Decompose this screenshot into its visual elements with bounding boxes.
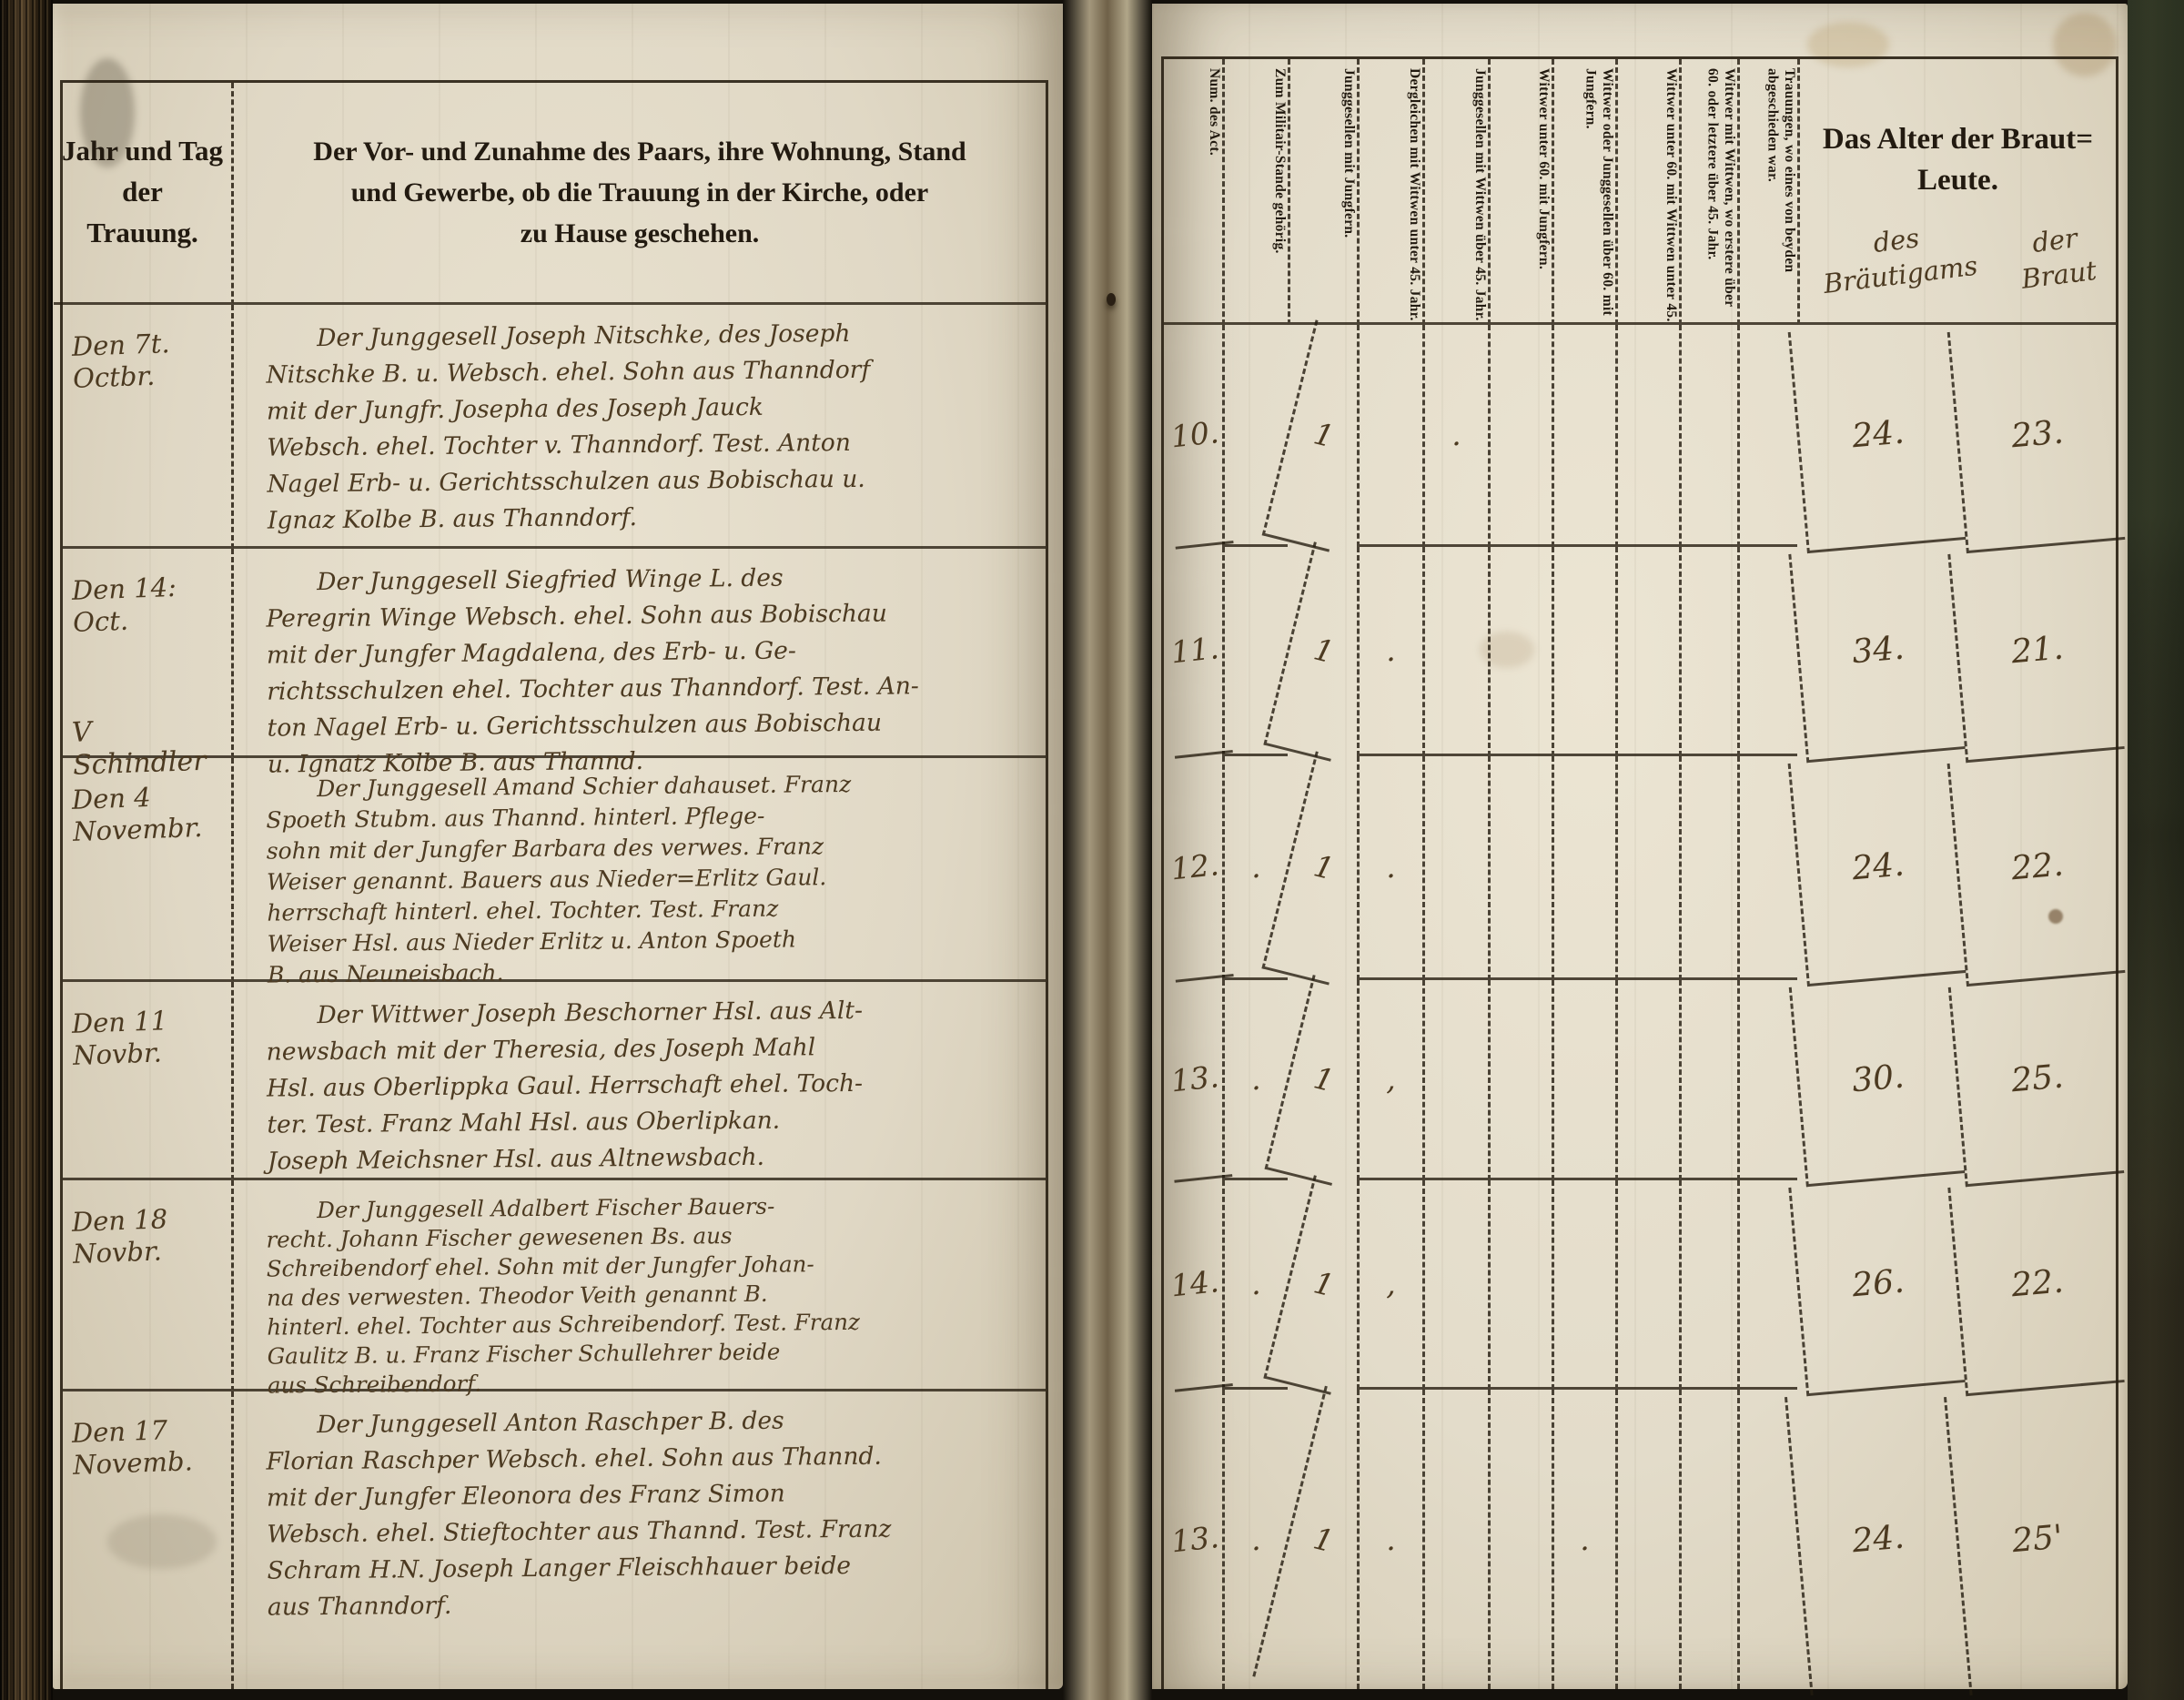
groom-age: 24. [1788, 750, 1967, 987]
tally-cell [1422, 547, 1488, 756]
groom-age: 24. [1788, 319, 1967, 553]
tally-cell [1615, 1390, 1679, 1689]
book-cover-right [2128, 0, 2184, 1700]
groom-age: 34. [1788, 541, 1965, 763]
tally-cell [1679, 1390, 1737, 1689]
header-line: Der Vor- und Zunahme des Paars, ihre Woh… [313, 131, 966, 172]
tally-cell: , [1357, 980, 1422, 1180]
tally-cell [1737, 980, 1797, 1180]
column-header-wittwer-o60-jungfern: Wittwer oder Junggesellen über 60. mit J… [1552, 59, 1615, 325]
column-header-wittwer-u60-wittwen-u45: Wittwer unter 60. mit Wittwen unter 45. [1615, 59, 1679, 325]
column-header-wittwer-wittwen-alt: Wittwer mit Wittwen, wo erstere über 60.… [1679, 59, 1737, 325]
bride-age: 25' [1944, 1383, 2128, 1695]
column-header-dergleichen-wittwen-u45: Dergleichen mit Wittwen unter 45. Jahr. [1357, 59, 1422, 325]
entry-text-cell: Der Wittwer Joseph Beschorner Hsl. aus A… [234, 982, 1046, 1180]
tally-cell [1552, 756, 1615, 980]
tally-cell [1488, 325, 1552, 547]
entry-date-cell: Den 11 Novbr. [63, 982, 234, 1180]
tally-cell [1552, 325, 1615, 547]
alter-subheaders: des Bräutigams der Braut [1800, 224, 2116, 292]
tally-cell [1488, 756, 1552, 980]
column-header-trauungen-geschieden: Trauungen, wo eines von beyden abgeschie… [1737, 59, 1797, 325]
entry-text-cell: Der Junggesell Anton Raschper B. des Flo… [234, 1391, 1046, 1689]
entry-date: Den 11 Novbr. [61, 979, 232, 1072]
bride-age: 23. [1947, 319, 2126, 553]
entry-text: Der Junggesell Anton Raschper B. des Flo… [233, 1388, 1046, 1626]
groom-age: 26. [1788, 1174, 1965, 1396]
entry-text: Der Junggesell Adalbert Fischer Bauers- … [233, 1177, 1046, 1401]
bride-age: 25. [1948, 974, 2125, 1187]
tally-cell [1615, 1180, 1679, 1390]
entry-date: Den 18 Novbr. [61, 1178, 232, 1270]
book-gutter [1063, 0, 1152, 1700]
tally-cell: , [1357, 1180, 1422, 1390]
tally-cell [1737, 325, 1797, 547]
tally-cell [1679, 325, 1737, 547]
tally-cell: . [1422, 325, 1488, 547]
entry-date: Den 7t. Octbr. [61, 302, 232, 395]
left-page-table: Jahr und Tag der Trauung. Der Vor- und Z… [60, 80, 1048, 1689]
column-header-junggesellen-jungfern: Junggesellen mit Jungfern. [1288, 59, 1357, 325]
bride-age: 21. [1947, 541, 2124, 763]
entry-date: Den 14: Oct. [61, 546, 232, 639]
entry-text-cell: Der Junggesell Adalbert Fischer Bauers- … [234, 1180, 1046, 1391]
entry-date-cell: Den 4 Novembr. [63, 758, 234, 982]
column-header-junggesellen-wittwen-o45: Junggesellen mit Wittwen über 45. Jahr. [1422, 59, 1488, 325]
act-number: 11. [1153, 544, 1233, 758]
tally-cell [1488, 1180, 1552, 1390]
tally-cell: . [1552, 1390, 1615, 1689]
tally-cell: . [1357, 756, 1422, 980]
tally-cell [1615, 980, 1679, 1180]
tally-cell [1422, 1390, 1488, 1689]
entry-date: Den 4 Novembr. [61, 755, 232, 848]
entry-text-cell: Der Junggesell Amand Schier dahauset. Fr… [234, 758, 1046, 982]
header-line: zu Hause geschehen. [521, 213, 760, 254]
tally-cell [1422, 756, 1488, 980]
act-number: 13. [1154, 977, 1233, 1182]
entry-date-cell: Den 18 Novbr. [63, 1180, 234, 1391]
act-number: 14. [1153, 1178, 1233, 1391]
tally-cell [1488, 980, 1552, 1180]
column-header-num-des-act: Num. des Act. [1164, 59, 1222, 325]
alter-sub-bride: der Braut [2015, 219, 2098, 297]
tally-cell [1552, 980, 1615, 1180]
tally-cell [1422, 980, 1488, 1180]
entry-text: Der Junggesell Joseph Nitschke, des Jose… [233, 301, 1046, 540]
header-line: Jahr und Tag [62, 131, 223, 172]
right-page: Num. des Act. Zum Militair-Stande gehöri… [1152, 4, 2128, 1689]
entry-date-cell: Den 17 Novemb. [63, 1391, 234, 1689]
tally-cell [1679, 756, 1737, 980]
groom-age: 24. [1785, 1383, 1969, 1695]
tally-cell [1357, 325, 1422, 547]
entry-text-cell: Der Junggesell Siegfried Winge L. des Pe… [234, 549, 1046, 758]
tally-cell [1679, 1180, 1737, 1390]
tally-cell [1488, 1390, 1552, 1689]
tally-cell [1679, 547, 1737, 756]
right-page-table: Num. des Act. Zum Militair-Stande gehöri… [1161, 56, 2118, 1689]
header-line: der [122, 172, 163, 213]
column-header-wittwer-u60-jungfern: Wittwer unter 60. mit Jungfern. [1488, 59, 1552, 325]
tally-cell [1422, 1180, 1488, 1390]
tally-cell [1737, 547, 1797, 756]
column-header-militair: Zum Militair-Stande gehörig. [1222, 59, 1288, 325]
header-line: und Gewerbe, ob die Trauung in der Kirch… [351, 172, 929, 213]
entry-text: Der Wittwer Joseph Beschorner Hsl. aus A… [233, 978, 1046, 1180]
binding-stitch [1107, 293, 1116, 306]
tally-cell: . [1357, 1390, 1422, 1689]
groom-age: 30. [1789, 974, 1966, 1187]
tally-cell [1679, 980, 1737, 1180]
alter-sub-groom: des Bräutigams [1818, 215, 1980, 302]
entry-date-cell: Den 14: Oct. V Schindler [63, 549, 234, 758]
bride-age: 22. [1947, 750, 2126, 987]
book-page-edges-left [0, 0, 53, 1700]
entry-text: Der Junggesell Siegfried Winge L. des Pe… [233, 545, 1046, 784]
tally-cell: . [1357, 547, 1422, 756]
bride-age: 22. [1947, 1174, 2124, 1396]
header-names-of-couple: Der Vor- und Zunahme des Paars, ihre Woh… [234, 83, 1046, 305]
entry-text-cell: Der Junggesell Joseph Nitschke, des Jose… [234, 305, 1046, 549]
tally-cell [1615, 547, 1679, 756]
left-page: Jahr und Tag der Trauung. Der Vor- und Z… [53, 4, 1063, 1689]
tally-cell [1552, 1180, 1615, 1390]
tally-cell [1737, 756, 1797, 980]
tally-cell [1615, 756, 1679, 980]
alter-title: Das Alter der Braut= Leute. [1823, 119, 2093, 200]
tally-cell [1615, 325, 1679, 547]
header-jahr-und-tag: Jahr und Tag der Trauung. [54, 83, 234, 305]
tally-cell [1737, 1180, 1797, 1390]
header-line: Trauung. [86, 213, 198, 254]
tally-cell [1552, 547, 1615, 756]
tally-cell [1488, 547, 1552, 756]
entry-date-cell: Den 7t. Octbr. [63, 305, 234, 549]
marriage-register-book-spread: Jahr und Tag der Trauung. Der Vor- und Z… [0, 0, 2184, 1700]
entry-date: Den 17 Novemb. [61, 1389, 232, 1482]
entry-text: Der Junggesell Amand Schier dahauset. Fr… [233, 754, 1046, 991]
column-header-alter-brautleute: Das Alter der Braut= Leute. des Bräutiga… [1797, 59, 2116, 325]
